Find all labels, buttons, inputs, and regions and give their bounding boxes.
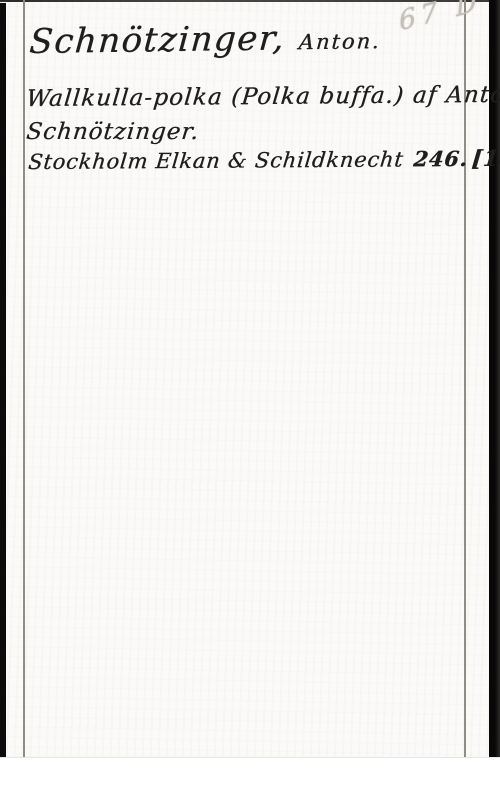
scanned-catalog-page: 67 D Schnötzinger,Anton. Wallkulla-polka… (0, 0, 500, 800)
title-line-1: Wallkulla-polka (Polka buffa.) af Anton (25, 82, 500, 112)
heading-surname: Schnötzinger, (28, 18, 287, 62)
left-margin-rule (23, 0, 25, 757)
catalog-card: 67 D Schnötzinger,Anton. Wallkulla-polka… (0, 0, 500, 758)
imprint-line: Stockholm Elkan & Schildknecht246.[1864] (27, 145, 500, 175)
right-margin-rule (464, 0, 466, 757)
title-line-2: Schnötzinger. (25, 119, 200, 145)
heading-forename: Anton. (298, 29, 382, 54)
scan-right-edge-band (489, 0, 500, 757)
scan-left-edge-band (0, 3, 6, 757)
imprint-place-publisher: Stockholm Elkan & Schildknecht (27, 147, 405, 174)
pencil-annotation: 67 D (398, 0, 483, 37)
plate-number: 246. (412, 146, 469, 171)
year-bracketed: [1864] (471, 145, 500, 172)
heading-author-line: Schnötzinger,Anton. (28, 17, 383, 62)
